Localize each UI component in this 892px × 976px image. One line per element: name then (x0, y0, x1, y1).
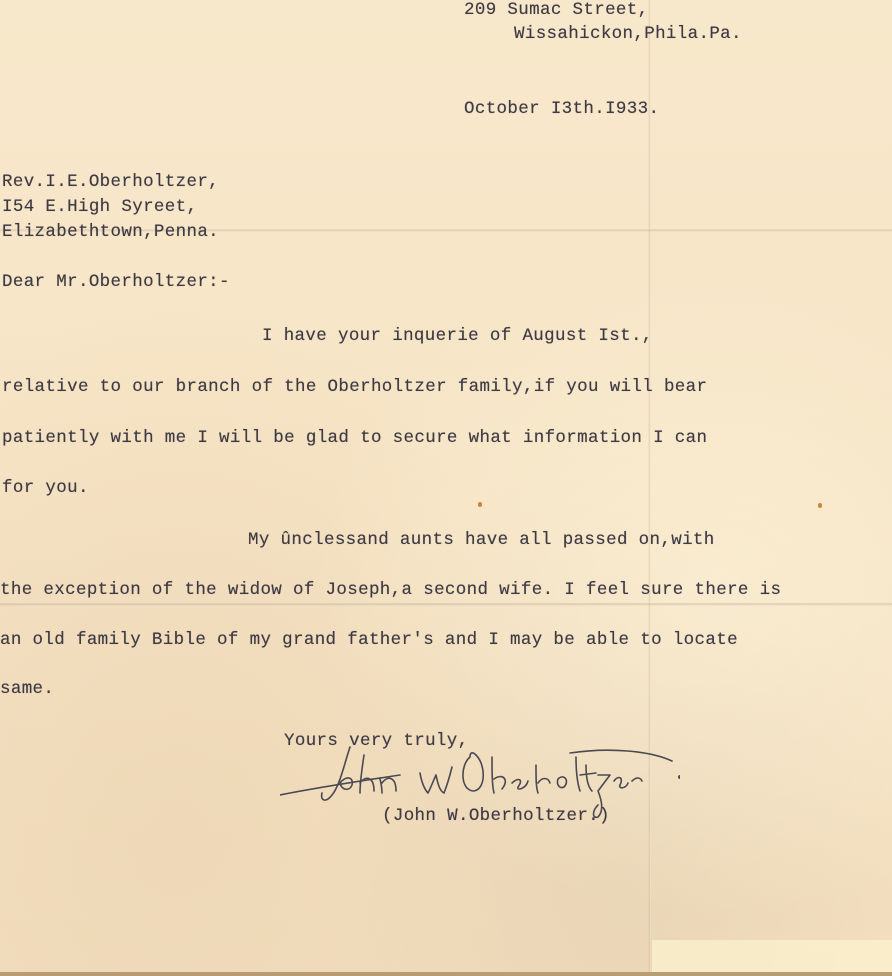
body-line: My ûnclessand aunts have all passed on,w… (248, 530, 715, 550)
body-line: relative to our branch of the Oberholtze… (2, 377, 707, 397)
recipient-name: Rev.I.E.Oberholtzer, (2, 172, 219, 192)
body-line: for you. (2, 478, 89, 498)
horizontal-fold-line-lower (0, 602, 892, 606)
body-line: patiently with me I will be glad to secu… (2, 428, 707, 448)
salutation: Dear Mr.Oberholtzer:- (2, 272, 230, 292)
typed-signature: (John W.Oberholtzer.) (382, 806, 610, 826)
body-line: the exception of the widow of Joseph,a s… (0, 580, 781, 600)
paper-highlight (652, 940, 892, 972)
stain-speck (818, 503, 822, 508)
letter-date: October I3th.I933. (464, 99, 659, 119)
letter-paper (0, 0, 892, 976)
paper-bottom-edge (0, 972, 892, 976)
body-line: an old family Bible of my grand father's… (0, 630, 738, 650)
body-line: same. (0, 679, 54, 699)
sender-address-line2: Wissahickon,Phila.Pa. (514, 24, 742, 44)
recipient-street: I54 E.High Syreet, (2, 197, 197, 217)
vertical-fold-line (648, 0, 651, 976)
stain-speck (478, 502, 482, 507)
sender-address-line1: 209 Sumac Street, (464, 0, 648, 20)
recipient-city: Elizabethtown,Penna. (2, 222, 219, 242)
body-line: I have your inquerie of August Ist., (262, 326, 653, 346)
